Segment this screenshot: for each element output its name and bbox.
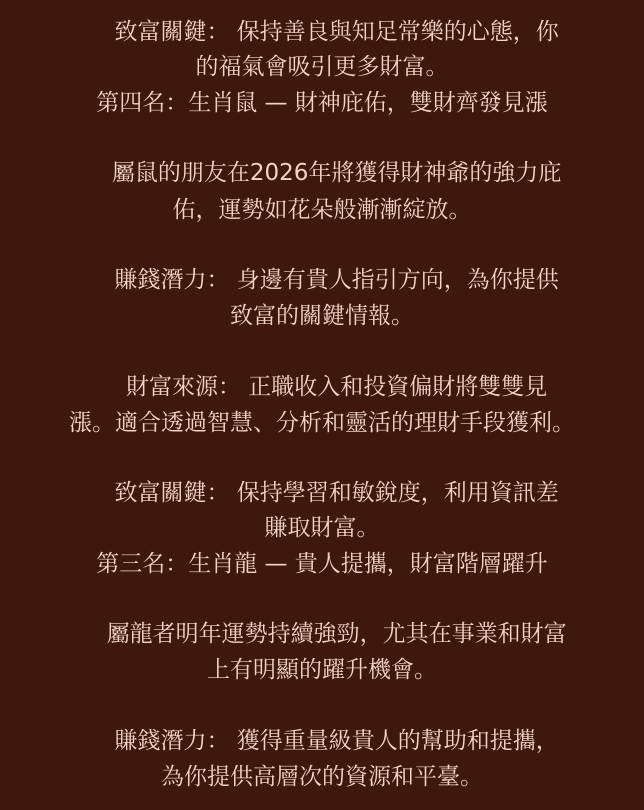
paragraph-line: 漲。適合透過智慧、分析和靈活的理財手段獲利。 xyxy=(0,405,644,441)
paragraph-line: 財富來源： 正職收入和投資偏財將雙雙見 xyxy=(0,369,644,405)
paragraph-line: 賺錢潛力： 身邊有貴人指引方向，為你提供 xyxy=(0,262,644,298)
paragraph-line: 佑，運勢如花朵般漸漸綻放。 xyxy=(0,192,644,228)
paragraph-line: 賺錢潛力： 獲得重量級貴人的幫助和提攜， xyxy=(0,723,644,759)
paragraph-line: 上有明顯的躍升機會。 xyxy=(0,652,644,688)
paragraph-line: 致富的關鍵情報。 xyxy=(0,298,644,334)
paragraph-line: 為你提供高層次的資源和平臺。 xyxy=(0,759,644,795)
paragraph-line: 致富關鍵： 保持學習和敏銳度，利用資訊差 xyxy=(0,475,644,511)
section-heading: 第三名：生肖龍 — 貴人提攜，財富階層躍升 xyxy=(0,546,644,582)
section-heading: 第四名：生肖鼠 — 財神庇佑，雙財齊發見漲 xyxy=(0,85,644,121)
paragraph-line: 致富關鍵： 保持善良與知足常樂的心態，你 xyxy=(0,14,644,50)
paragraph-line: 賺取財富。 xyxy=(0,510,644,546)
paragraph-line: 的福氣會吸引更多財富。 xyxy=(0,49,644,85)
paragraph-line: 屬鼠的朋友在2026年將獲得財神爺的強力庇 xyxy=(0,155,644,191)
article-body: 致富關鍵： 保持善良與知足常樂的心態，你 的福氣會吸引更多財富。 第四名：生肖鼠… xyxy=(0,0,644,810)
paragraph-line: 屬龍者明年運勢持續強勁，尤其在事業和財富 xyxy=(0,616,644,652)
